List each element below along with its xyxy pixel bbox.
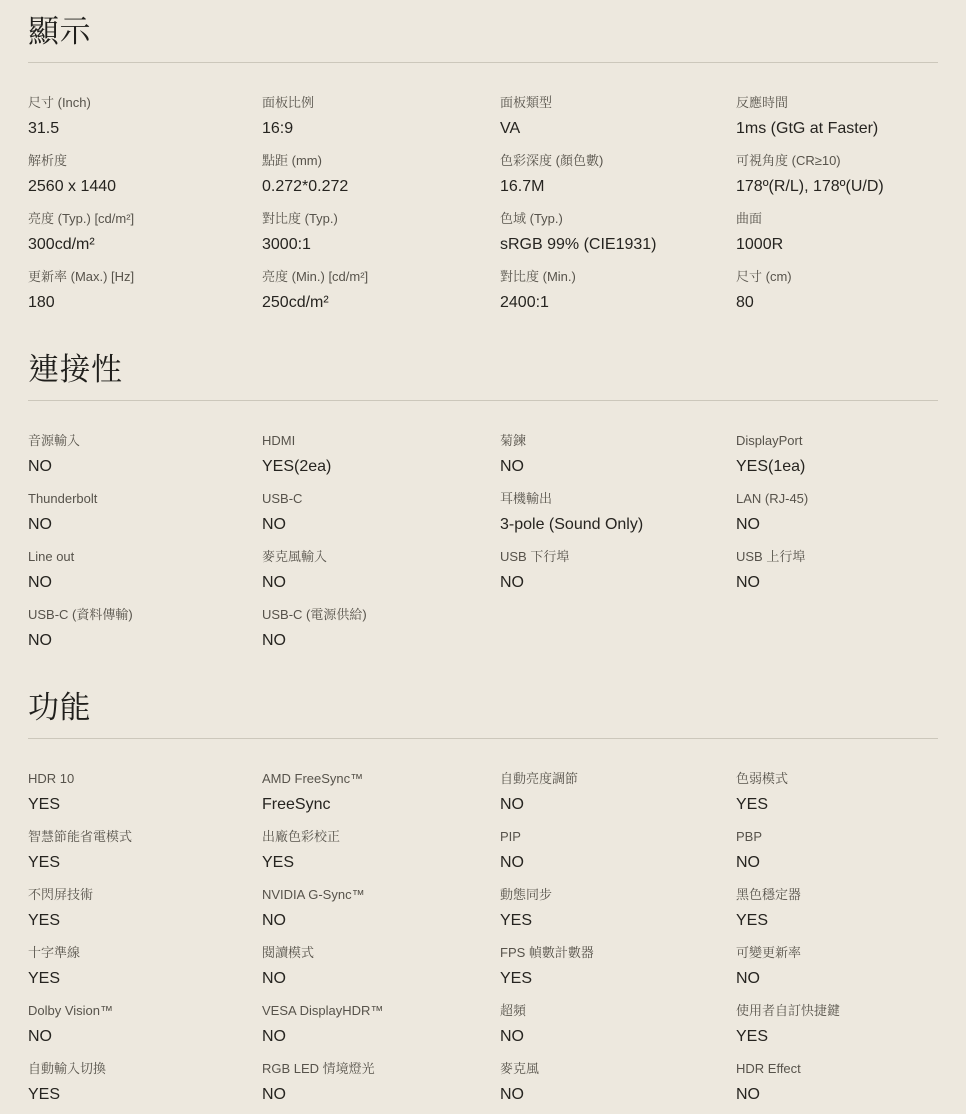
spec-item-value: NO — [500, 1027, 724, 1047]
spec-item: 菊鍊 NO — [500, 433, 736, 477]
spec-item-label: USB-C (電源供給) — [262, 607, 488, 623]
spec-item-value: NO — [736, 969, 926, 989]
spec-item-label: 色域 (Typ.) — [500, 211, 724, 227]
spec-item-label: 對比度 (Min.) — [500, 269, 724, 285]
spec-item-value: 1ms (GtG at Faster) — [736, 119, 926, 139]
spec-item: 十字準線 YES — [28, 945, 262, 989]
section-title: 功能 — [28, 690, 938, 726]
spec-item-value: FreeSync — [262, 795, 488, 815]
spec-item-label: 尺寸 (Inch) — [28, 95, 250, 111]
spec-section: 顯示 尺寸 (Inch) 31.5 面板比例 16:9 面板類型 VA 反應時間… — [28, 14, 938, 313]
spec-item: HDR Effect NO — [736, 1061, 938, 1105]
spec-item: 超頻 NO — [500, 1003, 736, 1047]
spec-item: 智慧節能省電模式 YES — [28, 829, 262, 873]
spec-item-value: sRGB 99% (CIE1931) — [500, 235, 724, 255]
spec-item-label: 面板比例 — [262, 95, 488, 111]
spec-grid: HDR 10 YES AMD FreeSync™ FreeSync 自動亮度調節… — [28, 771, 938, 1105]
spec-item: USB 下行埠 NO — [500, 549, 736, 593]
spec-item: 動態同步 YES — [500, 887, 736, 931]
spec-item-label: USB-C (資料傳輸) — [28, 607, 250, 623]
spec-item-label: 自動輸入切換 — [28, 1061, 250, 1077]
spec-item: 閱讀模式 NO — [262, 945, 500, 989]
spec-item-value: YES — [28, 969, 250, 989]
spec-item-label: 更新率 (Max.) [Hz] — [28, 269, 250, 285]
spec-item-value: 31.5 — [28, 119, 250, 139]
spec-item-value: NO — [262, 969, 488, 989]
spec-item-label: 可變更新率 — [736, 945, 926, 961]
spec-item-value: NO — [28, 631, 250, 651]
spec-item: Thunderbolt NO — [28, 491, 262, 535]
spec-item: 音源輸入 NO — [28, 433, 262, 477]
spec-item: USB-C NO — [262, 491, 500, 535]
spec-item: VESA DisplayHDR™ NO — [262, 1003, 500, 1047]
spec-item-value: 2560 x 1440 — [28, 177, 250, 197]
spec-item: 自動亮度調節 NO — [500, 771, 736, 815]
spec-item-value: YES — [28, 1085, 250, 1105]
spec-item: HDMI YES(2ea) — [262, 433, 500, 477]
spec-item: LAN (RJ-45) NO — [736, 491, 938, 535]
spec-item-label: 耳機輸出 — [500, 491, 724, 507]
spec-item-label: 色彩深度 (顏色數) — [500, 153, 724, 169]
spec-item-value: 3-pole (Sound Only) — [500, 515, 724, 535]
spec-item: 亮度 (Typ.) [cd/m²] 300cd/m² — [28, 211, 262, 255]
spec-item: 可變更新率 NO — [736, 945, 938, 989]
spec-item: 面板類型 VA — [500, 95, 736, 139]
spec-item-label: 音源輸入 — [28, 433, 250, 449]
spec-page: 顯示 尺寸 (Inch) 31.5 面板比例 16:9 面板類型 VA 反應時間… — [0, 0, 966, 1114]
spec-item-label: 智慧節能省電模式 — [28, 829, 250, 845]
spec-item-value: NO — [262, 573, 488, 593]
spec-item-label: RGB LED 情境燈光 — [262, 1061, 488, 1077]
spec-item-label: DisplayPort — [736, 433, 926, 449]
spec-item: HDR 10 YES — [28, 771, 262, 815]
spec-item-label: VESA DisplayHDR™ — [262, 1003, 488, 1019]
spec-item: 麥克風輸入 NO — [262, 549, 500, 593]
spec-item-label: 點距 (mm) — [262, 153, 488, 169]
spec-item-value: 300cd/m² — [28, 235, 250, 255]
spec-item-value: NO — [500, 457, 724, 477]
spec-item: 自動輸入切換 YES — [28, 1061, 262, 1105]
spec-item-label: AMD FreeSync™ — [262, 771, 488, 787]
spec-item-label: LAN (RJ-45) — [736, 491, 926, 507]
spec-grid: 音源輸入 NO HDMI YES(2ea) 菊鍊 NO DisplayPort … — [28, 433, 938, 651]
spec-item: 更新率 (Max.) [Hz] 180 — [28, 269, 262, 313]
spec-item-value: YES(2ea) — [262, 457, 488, 477]
spec-item-label: 對比度 (Typ.) — [262, 211, 488, 227]
spec-item-value: NO — [262, 515, 488, 535]
spec-item: 面板比例 16:9 — [262, 95, 500, 139]
spec-item: 不閃屏技術 YES — [28, 887, 262, 931]
spec-item-value: NO — [500, 853, 724, 873]
spec-item-value: YES — [500, 969, 724, 989]
spec-item-value: 16:9 — [262, 119, 488, 139]
spec-item: 使用者自訂快捷鍵 YES — [736, 1003, 938, 1047]
section-title: 連接性 — [28, 352, 938, 388]
spec-item: RGB LED 情境燈光 NO — [262, 1061, 500, 1105]
spec-item: PIP NO — [500, 829, 736, 873]
spec-grid: 尺寸 (Inch) 31.5 面板比例 16:9 面板類型 VA 反應時間 1m… — [28, 95, 938, 313]
section-divider — [28, 62, 938, 63]
spec-item: USB 上行埠 NO — [736, 549, 938, 593]
spec-item-value: NO — [736, 853, 926, 873]
spec-item: 尺寸 (cm) 80 — [736, 269, 938, 313]
spec-section: 功能 HDR 10 YES AMD FreeSync™ FreeSync 自動亮… — [28, 690, 938, 1105]
spec-item-label: 自動亮度調節 — [500, 771, 724, 787]
spec-item-label: PBP — [736, 829, 926, 845]
spec-item-label: Dolby Vision™ — [28, 1003, 250, 1019]
spec-item: Dolby Vision™ NO — [28, 1003, 262, 1047]
section-divider — [28, 738, 938, 739]
spec-item-value: NO — [262, 631, 488, 651]
spec-item-value: YES — [736, 1027, 926, 1047]
spec-item-label: 出廠色彩校正 — [262, 829, 488, 845]
section-title: 顯示 — [28, 14, 938, 50]
spec-item-value: YES — [28, 911, 250, 931]
spec-item-label: FPS 幀數計數器 — [500, 945, 724, 961]
spec-item-label: 面板類型 — [500, 95, 724, 111]
spec-item-label: 亮度 (Typ.) [cd/m²] — [28, 211, 250, 227]
spec-item-label: 色弱模式 — [736, 771, 926, 787]
spec-item-label: Line out — [28, 549, 250, 565]
spec-item-value: NO — [736, 1085, 926, 1105]
spec-item: 色弱模式 YES — [736, 771, 938, 815]
spec-item: Line out NO — [28, 549, 262, 593]
spec-item: FPS 幀數計數器 YES — [500, 945, 736, 989]
spec-item-label: 菊鍊 — [500, 433, 724, 449]
spec-item: 點距 (mm) 0.272*0.272 — [262, 153, 500, 197]
section-divider — [28, 400, 938, 401]
spec-item: DisplayPort YES(1ea) — [736, 433, 938, 477]
spec-item-label: USB-C — [262, 491, 488, 507]
spec-item: 色域 (Typ.) sRGB 99% (CIE1931) — [500, 211, 736, 255]
spec-item-value: NO — [500, 573, 724, 593]
spec-item-label: Thunderbolt — [28, 491, 250, 507]
spec-item: 耳機輸出 3-pole (Sound Only) — [500, 491, 736, 535]
spec-item-label: HDR 10 — [28, 771, 250, 787]
spec-item-value: VA — [500, 119, 724, 139]
spec-item-value: 80 — [736, 293, 926, 313]
spec-item-value: 0.272*0.272 — [262, 177, 488, 197]
spec-item-label: USB 下行埠 — [500, 549, 724, 565]
spec-item-value: NO — [28, 515, 250, 535]
spec-item: 尺寸 (Inch) 31.5 — [28, 95, 262, 139]
spec-item: PBP NO — [736, 829, 938, 873]
spec-item-label: 反應時間 — [736, 95, 926, 111]
spec-item-label: 麥克風輸入 — [262, 549, 488, 565]
spec-item: 曲面 1000R — [736, 211, 938, 255]
spec-item: 黑色穩定器 YES — [736, 887, 938, 931]
spec-section: 連接性 音源輸入 NO HDMI YES(2ea) 菊鍊 NO DisplayP… — [28, 352, 938, 651]
spec-item-label: NVIDIA G-Sync™ — [262, 887, 488, 903]
spec-item-value: NO — [262, 1027, 488, 1047]
spec-item-value: YES(1ea) — [736, 457, 926, 477]
spec-item-label: 可視角度 (CR≥10) — [736, 153, 926, 169]
spec-item: USB-C (電源供給) NO — [262, 607, 500, 651]
spec-item-value: 250cd/m² — [262, 293, 488, 313]
spec-item-label: 麥克風 — [500, 1061, 724, 1077]
spec-item-value: 16.7M — [500, 177, 724, 197]
spec-item-value: NO — [28, 457, 250, 477]
spec-item-value: 180 — [28, 293, 250, 313]
spec-item-label: USB 上行埠 — [736, 549, 926, 565]
spec-item-label: 黑色穩定器 — [736, 887, 926, 903]
spec-item-value: 3000:1 — [262, 235, 488, 255]
spec-item-value: NO — [500, 1085, 724, 1105]
spec-item: NVIDIA G-Sync™ NO — [262, 887, 500, 931]
spec-item-value: YES — [500, 911, 724, 931]
spec-item-label: 超頻 — [500, 1003, 724, 1019]
spec-item-value: NO — [28, 1027, 250, 1047]
spec-item: 對比度 (Min.) 2400:1 — [500, 269, 736, 313]
spec-item-value: 178º(R/L), 178º(U/D) — [736, 177, 926, 197]
spec-item-label: 不閃屏技術 — [28, 887, 250, 903]
spec-item-value: YES — [28, 853, 250, 873]
spec-item-label: 尺寸 (cm) — [736, 269, 926, 285]
spec-item: 色彩深度 (顏色數) 16.7M — [500, 153, 736, 197]
spec-item-value: NO — [736, 515, 926, 535]
spec-item-value: 1000R — [736, 235, 926, 255]
spec-item-value: YES — [262, 853, 488, 873]
spec-item-label: 亮度 (Min.) [cd/m²] — [262, 269, 488, 285]
spec-item-value: YES — [736, 795, 926, 815]
spec-item-label: 使用者自訂快捷鍵 — [736, 1003, 926, 1019]
spec-item-value: YES — [736, 911, 926, 931]
spec-item-value: NO — [28, 573, 250, 593]
spec-item-value: 2400:1 — [500, 293, 724, 313]
spec-item-label: PIP — [500, 829, 724, 845]
spec-item-label: 解析度 — [28, 153, 250, 169]
spec-item-value: NO — [262, 1085, 488, 1105]
spec-item: 出廠色彩校正 YES — [262, 829, 500, 873]
spec-item: 反應時間 1ms (GtG at Faster) — [736, 95, 938, 139]
spec-item-label: 曲面 — [736, 211, 926, 227]
spec-item-label: HDMI — [262, 433, 488, 449]
spec-item: AMD FreeSync™ FreeSync — [262, 771, 500, 815]
spec-item: 亮度 (Min.) [cd/m²] 250cd/m² — [262, 269, 500, 313]
spec-item: 對比度 (Typ.) 3000:1 — [262, 211, 500, 255]
spec-item-label: 閱讀模式 — [262, 945, 488, 961]
spec-item-value: NO — [262, 911, 488, 931]
spec-item-value: NO — [500, 795, 724, 815]
spec-item-label: HDR Effect — [736, 1061, 926, 1077]
spec-item-label: 動態同步 — [500, 887, 724, 903]
spec-item: USB-C (資料傳輸) NO — [28, 607, 262, 651]
spec-item: 解析度 2560 x 1440 — [28, 153, 262, 197]
spec-item-value: YES — [28, 795, 250, 815]
spec-item-label: 十字準線 — [28, 945, 250, 961]
spec-item: 麥克風 NO — [500, 1061, 736, 1105]
spec-item: 可視角度 (CR≥10) 178º(R/L), 178º(U/D) — [736, 153, 938, 197]
spec-item-value: NO — [736, 573, 926, 593]
